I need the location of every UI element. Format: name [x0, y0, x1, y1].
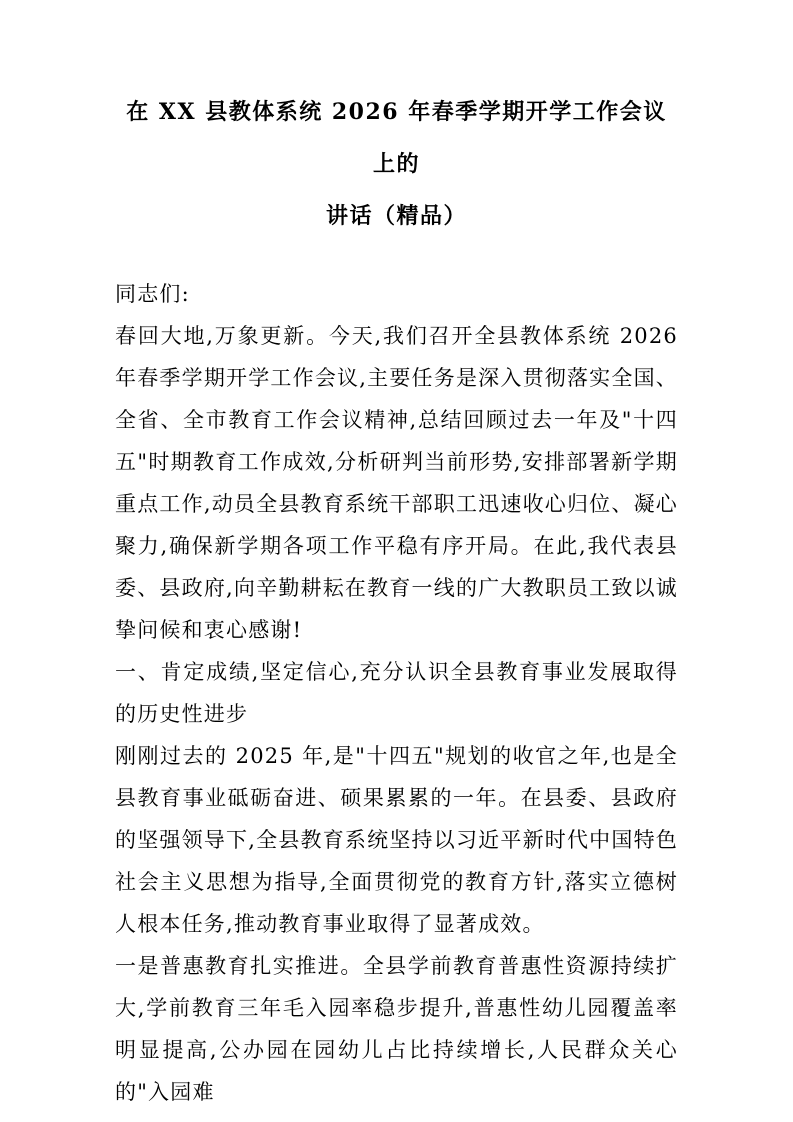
paragraph-opening-remarks: 春回大地,万象更新。今天,我们召开全县教体系统 2026 年春季学期开学工作会议… [115, 315, 678, 651]
paragraph-section-one-heading: 一、肯定成绩,坚定信心,充分认识全县教育事业发展取得的历史性进步 [115, 651, 678, 735]
document-page: 在 XX 县教体系统 2026 年春季学期开学工作会议上的 讲话（精品） 同志们… [0, 0, 793, 1122]
paragraph-year-review: 刚刚过去的 2025 年,是"十四五"规划的收官之年,也是全县教育事业砥砺奋进、… [115, 735, 678, 945]
document-title-line2: 讲话（精品） [115, 190, 678, 242]
paragraph-achievement-inclusive-education: 一是普惠教育扎实推进。全县学前教育普惠性资源持续扩大,学前教育三年毛入园率稳步提… [115, 945, 678, 1113]
document-title-line1: 在 XX 县教体系统 2026 年春季学期开学工作会议上的 [115, 86, 678, 190]
document-body: 同志们: 春回大地,万象更新。今天,我们召开全县教体系统 2026 年春季学期开… [115, 273, 678, 1113]
paragraph-salutation: 同志们: [115, 273, 678, 315]
document-title: 在 XX 县教体系统 2026 年春季学期开学工作会议上的 讲话（精品） [115, 86, 678, 242]
